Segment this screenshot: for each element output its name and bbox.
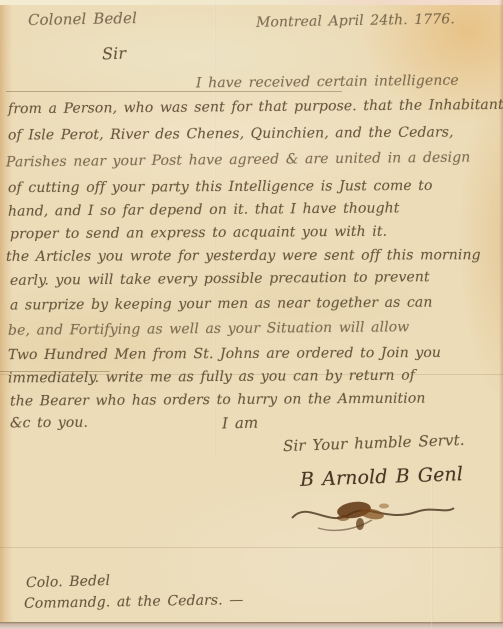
fold-crease [6, 91, 342, 92]
salutation: Sir [102, 44, 127, 64]
paper-edge-bottom [0, 622, 503, 629]
dateline: Montreal April 24th. 1776. [256, 11, 455, 30]
body-line: Parishes near your Post have agreed & ar… [6, 150, 471, 171]
letter-scan: Colonel Bedel Montreal April 24th. 1776.… [0, 0, 503, 629]
closing-i-am: I am [222, 414, 259, 433]
body-line: early. you will take every possible prec… [10, 269, 430, 289]
address-recipient: Colo. Bedel [26, 573, 110, 591]
body-line: of cutting off your party this Intellige… [8, 178, 433, 196]
body-line: &c to you. [10, 415, 88, 432]
signature-flourish-ink-blot [288, 488, 458, 538]
signature: B Arnold B Genl [300, 463, 464, 491]
docket-recipient: Colonel Bedel [28, 9, 137, 29]
closing-line: Sir Your humble Servt. [283, 431, 465, 455]
paper-edge-right [499, 0, 503, 629]
body-line: the Bearer who has orders to hurry on th… [10, 391, 426, 410]
body-line: of Isle Perot, River des Chenes, Quinchi… [8, 124, 454, 143]
opening-line: I have received certain intelligence [196, 73, 459, 92]
body-line: immediately. write me as fully as you ca… [8, 368, 415, 387]
fold-crease [0, 547, 503, 548]
body-line: from a Person, who was sent for that pur… [8, 97, 503, 117]
body-line: a surprize by keeping your men as near t… [10, 295, 433, 314]
body-line: be, and Fortifying as well as your Situa… [8, 319, 409, 339]
address-location: Commandg. at the Cedars. — [24, 592, 244, 612]
body-line: the Articles you wrote for yesterday wer… [6, 247, 481, 265]
body-line: proper to send an express to acquaint yo… [10, 224, 387, 243]
body-line: hand, and I so far depend on it. that I … [8, 200, 400, 219]
body-line: Two Hundred Men from St. Johns are order… [8, 345, 441, 363]
paper-edge-top [0, 0, 503, 5]
